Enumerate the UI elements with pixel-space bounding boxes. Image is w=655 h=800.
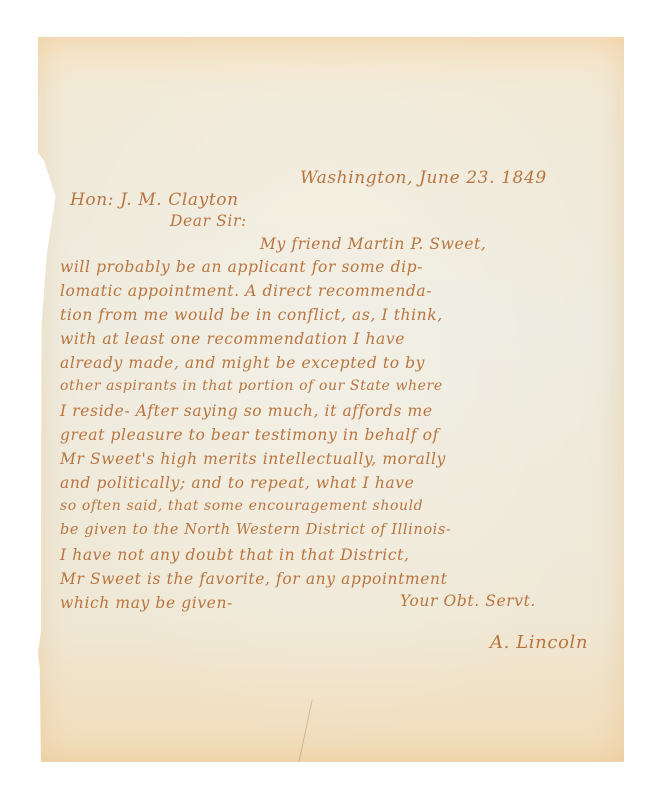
body-line: I reside- After saying so much, it affor… — [60, 402, 433, 420]
recipient-name: Hon: J. M. Clayton — [70, 190, 239, 210]
closing: Your Obt. Servt. — [400, 592, 536, 610]
body-line: with at least one recommendation I have — [60, 330, 405, 348]
body-line: My friend Martin P. Sweet, — [260, 235, 486, 253]
body-line: lomatic appointment. A direct recommenda… — [60, 282, 432, 300]
body-line: tion from me would be in conflict, as, I… — [60, 306, 443, 324]
body-line: so often said, that some encouragement s… — [60, 498, 423, 514]
body-line: I have not any doubt that in that Distri… — [60, 546, 409, 564]
letter-paper — [38, 37, 624, 762]
body-line: already made, and might be excepted to b… — [60, 354, 425, 372]
body-line: Mr Sweet is the favorite, for any appoin… — [60, 570, 447, 588]
body-line: great pleasure to bear testimony in beha… — [60, 426, 439, 444]
signature: A. Lincoln — [490, 632, 588, 653]
body-line: will probably be an applicant for some d… — [60, 258, 423, 276]
dateline: Washington, June 23. 1849 — [300, 168, 547, 188]
body-line: Mr Sweet's high merits intellectually, m… — [60, 450, 446, 468]
body-line: which may be given- — [60, 594, 233, 612]
body-line: other aspirants in that portion of our S… — [60, 378, 443, 394]
body-line: be given to the North Western District o… — [60, 522, 451, 538]
body-line: and politically; and to repeat, what I h… — [60, 474, 414, 492]
salutation: Dear Sir: — [170, 212, 247, 230]
